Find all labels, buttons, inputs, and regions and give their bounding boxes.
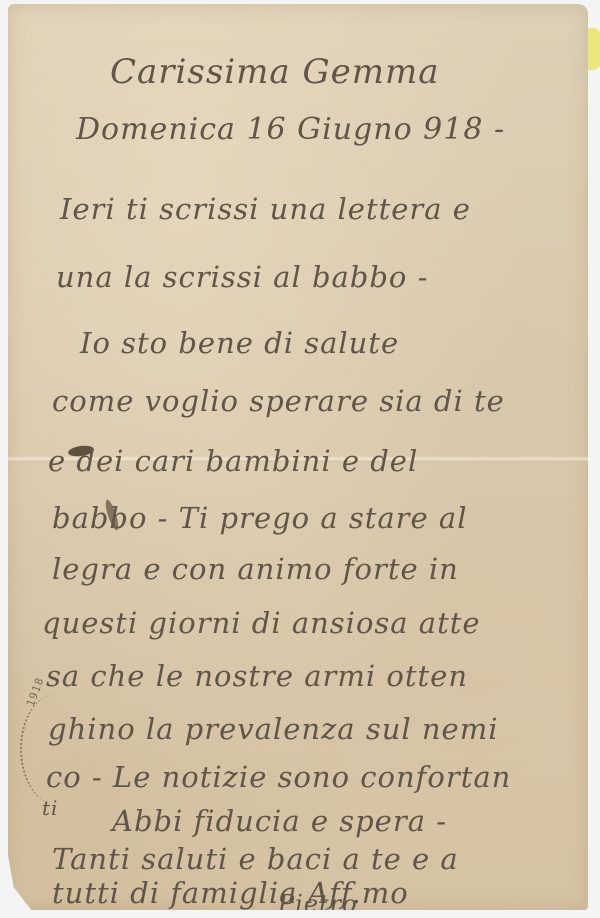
body-line: legra e con animo forte in [52,552,459,586]
body-line: co - Le notizie sono confortan [46,760,511,794]
body-line: una la scrissi al babbo - [56,260,428,294]
body-line: come voglio sperare sia di te [52,384,505,418]
body-line: Ieri ti scrissi una lettera e [60,192,471,226]
salutation: Carissima Gemma [110,52,440,92]
scanned-postcard: 1918 Carissima Gemma Domenica 16 Giugno … [0,0,600,918]
yellow-tab-edge [588,28,600,70]
body-line: sa che le nostre armi otten [46,659,468,693]
body-line: questi giorni di ansiosa atte [42,606,481,640]
body-line: e dei cari bambini e del [48,444,418,478]
signature: Pietro [278,890,358,918]
date-line: Domenica 16 Giugno 918 - [76,112,505,147]
body-line: Tanti saluti e baci a te e a [52,842,459,876]
body-line: Abbi fiducia e spera - [112,804,447,838]
postcard-paper: 1918 Carissima Gemma Domenica 16 Giugno … [8,4,588,910]
body-line: babbo - Ti prego a stare al [52,501,467,535]
body-line: Io sto bene di salute [80,326,399,360]
body-line: ghino la prevalenza sul nemi [48,712,498,746]
side-mark: ti [42,796,58,820]
